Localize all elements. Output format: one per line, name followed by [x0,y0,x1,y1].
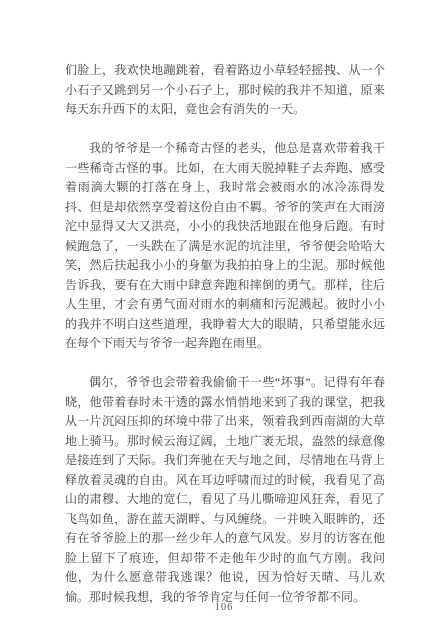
body-paragraph: 我的爷爷是一个稀奇古怪的老头，他总是喜欢带着我干一些稀奇古怪的事。比如，在大雨天… [65,139,385,354]
page-number: 106 [0,602,448,613]
body-paragraph: 们脸上，我欢快地蹦跳着，看着路边小草轻轻摇拽、从一个小石子又跳到另一个小石子上，… [65,61,385,120]
document-page: 们脸上，我欢快地蹦跳着，看着路边小草轻轻摇拽、从一个小石子又跳到另一个小石子上，… [0,0,448,640]
page-content: 们脸上，我欢快地蹦跳着，看着路边小草轻轻摇拽、从一个小石子又跳到另一个小石子上，… [65,61,385,607]
body-paragraph: 偶尔，爷爷也会带着我偷偷干一些“坏事”。记得有年春晓，他带着春时未干透的露水悄悄… [65,373,385,607]
